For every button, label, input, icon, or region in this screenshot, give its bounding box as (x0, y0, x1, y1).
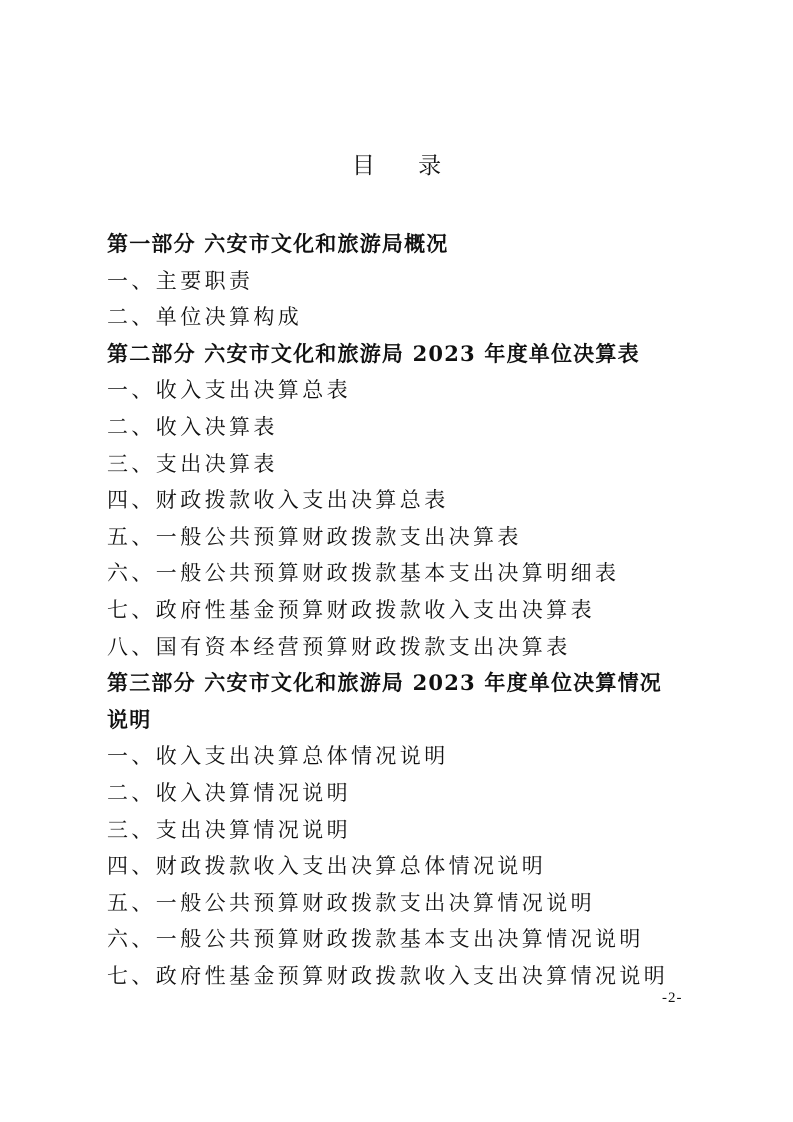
toc-item[interactable]: 六、一般公共预算财政拨款基本支出决算明细表 (107, 555, 707, 592)
toc-item[interactable]: 七、政府性基金预算财政拨款收入支出决算情况说明 (107, 958, 707, 995)
toc-item[interactable]: 六、一般公共预算财政拨款基本支出决算情况说明 (107, 921, 707, 958)
toc-item[interactable]: 八、国有资本经营预算财政拨款支出决算表 (107, 629, 707, 666)
toc-item[interactable]: 四、财政拨款收入支出决算总体情况说明 (107, 848, 707, 885)
toc-part-2-heading[interactable]: 第二部分 六安市文化和旅游局 2023 年度单位决算表 (107, 336, 707, 373)
toc-item[interactable]: 一、主要职责 (107, 263, 707, 300)
toc-item[interactable]: 二、收入决算表 (107, 409, 707, 446)
toc-item[interactable]: 七、政府性基金预算财政拨款收入支出决算表 (107, 592, 707, 629)
toc-part-1-heading[interactable]: 第一部分 六安市文化和旅游局概况 (107, 226, 707, 263)
toc-item[interactable]: 一、收入支出决算总体情况说明 (107, 738, 707, 775)
toc-item[interactable]: 一、收入支出决算总表 (107, 372, 707, 409)
toc-item[interactable]: 三、支出决算情况说明 (107, 812, 707, 849)
toc-part-3-heading[interactable]: 第三部分 六安市文化和旅游局 2023 年度单位决算情况 (107, 665, 707, 702)
toc-item[interactable]: 五、一般公共预算财政拨款支出决算情况说明 (107, 885, 707, 922)
page-title: 目 录 (0, 150, 793, 182)
table-of-contents: 第一部分 六安市文化和旅游局概况 一、主要职责 二、单位决算构成 第二部分 六安… (107, 226, 707, 994)
toc-item[interactable]: 四、财政拨款收入支出决算总表 (107, 482, 707, 519)
toc-item[interactable]: 二、单位决算构成 (107, 299, 707, 336)
toc-item[interactable]: 二、收入决算情况说明 (107, 775, 707, 812)
toc-item[interactable]: 五、一般公共预算财政拨款支出决算表 (107, 519, 707, 556)
toc-item[interactable]: 三、支出决算表 (107, 446, 707, 483)
page-number: -2- (662, 990, 683, 1007)
toc-part-3-heading-continued[interactable]: 说明 (107, 702, 707, 739)
